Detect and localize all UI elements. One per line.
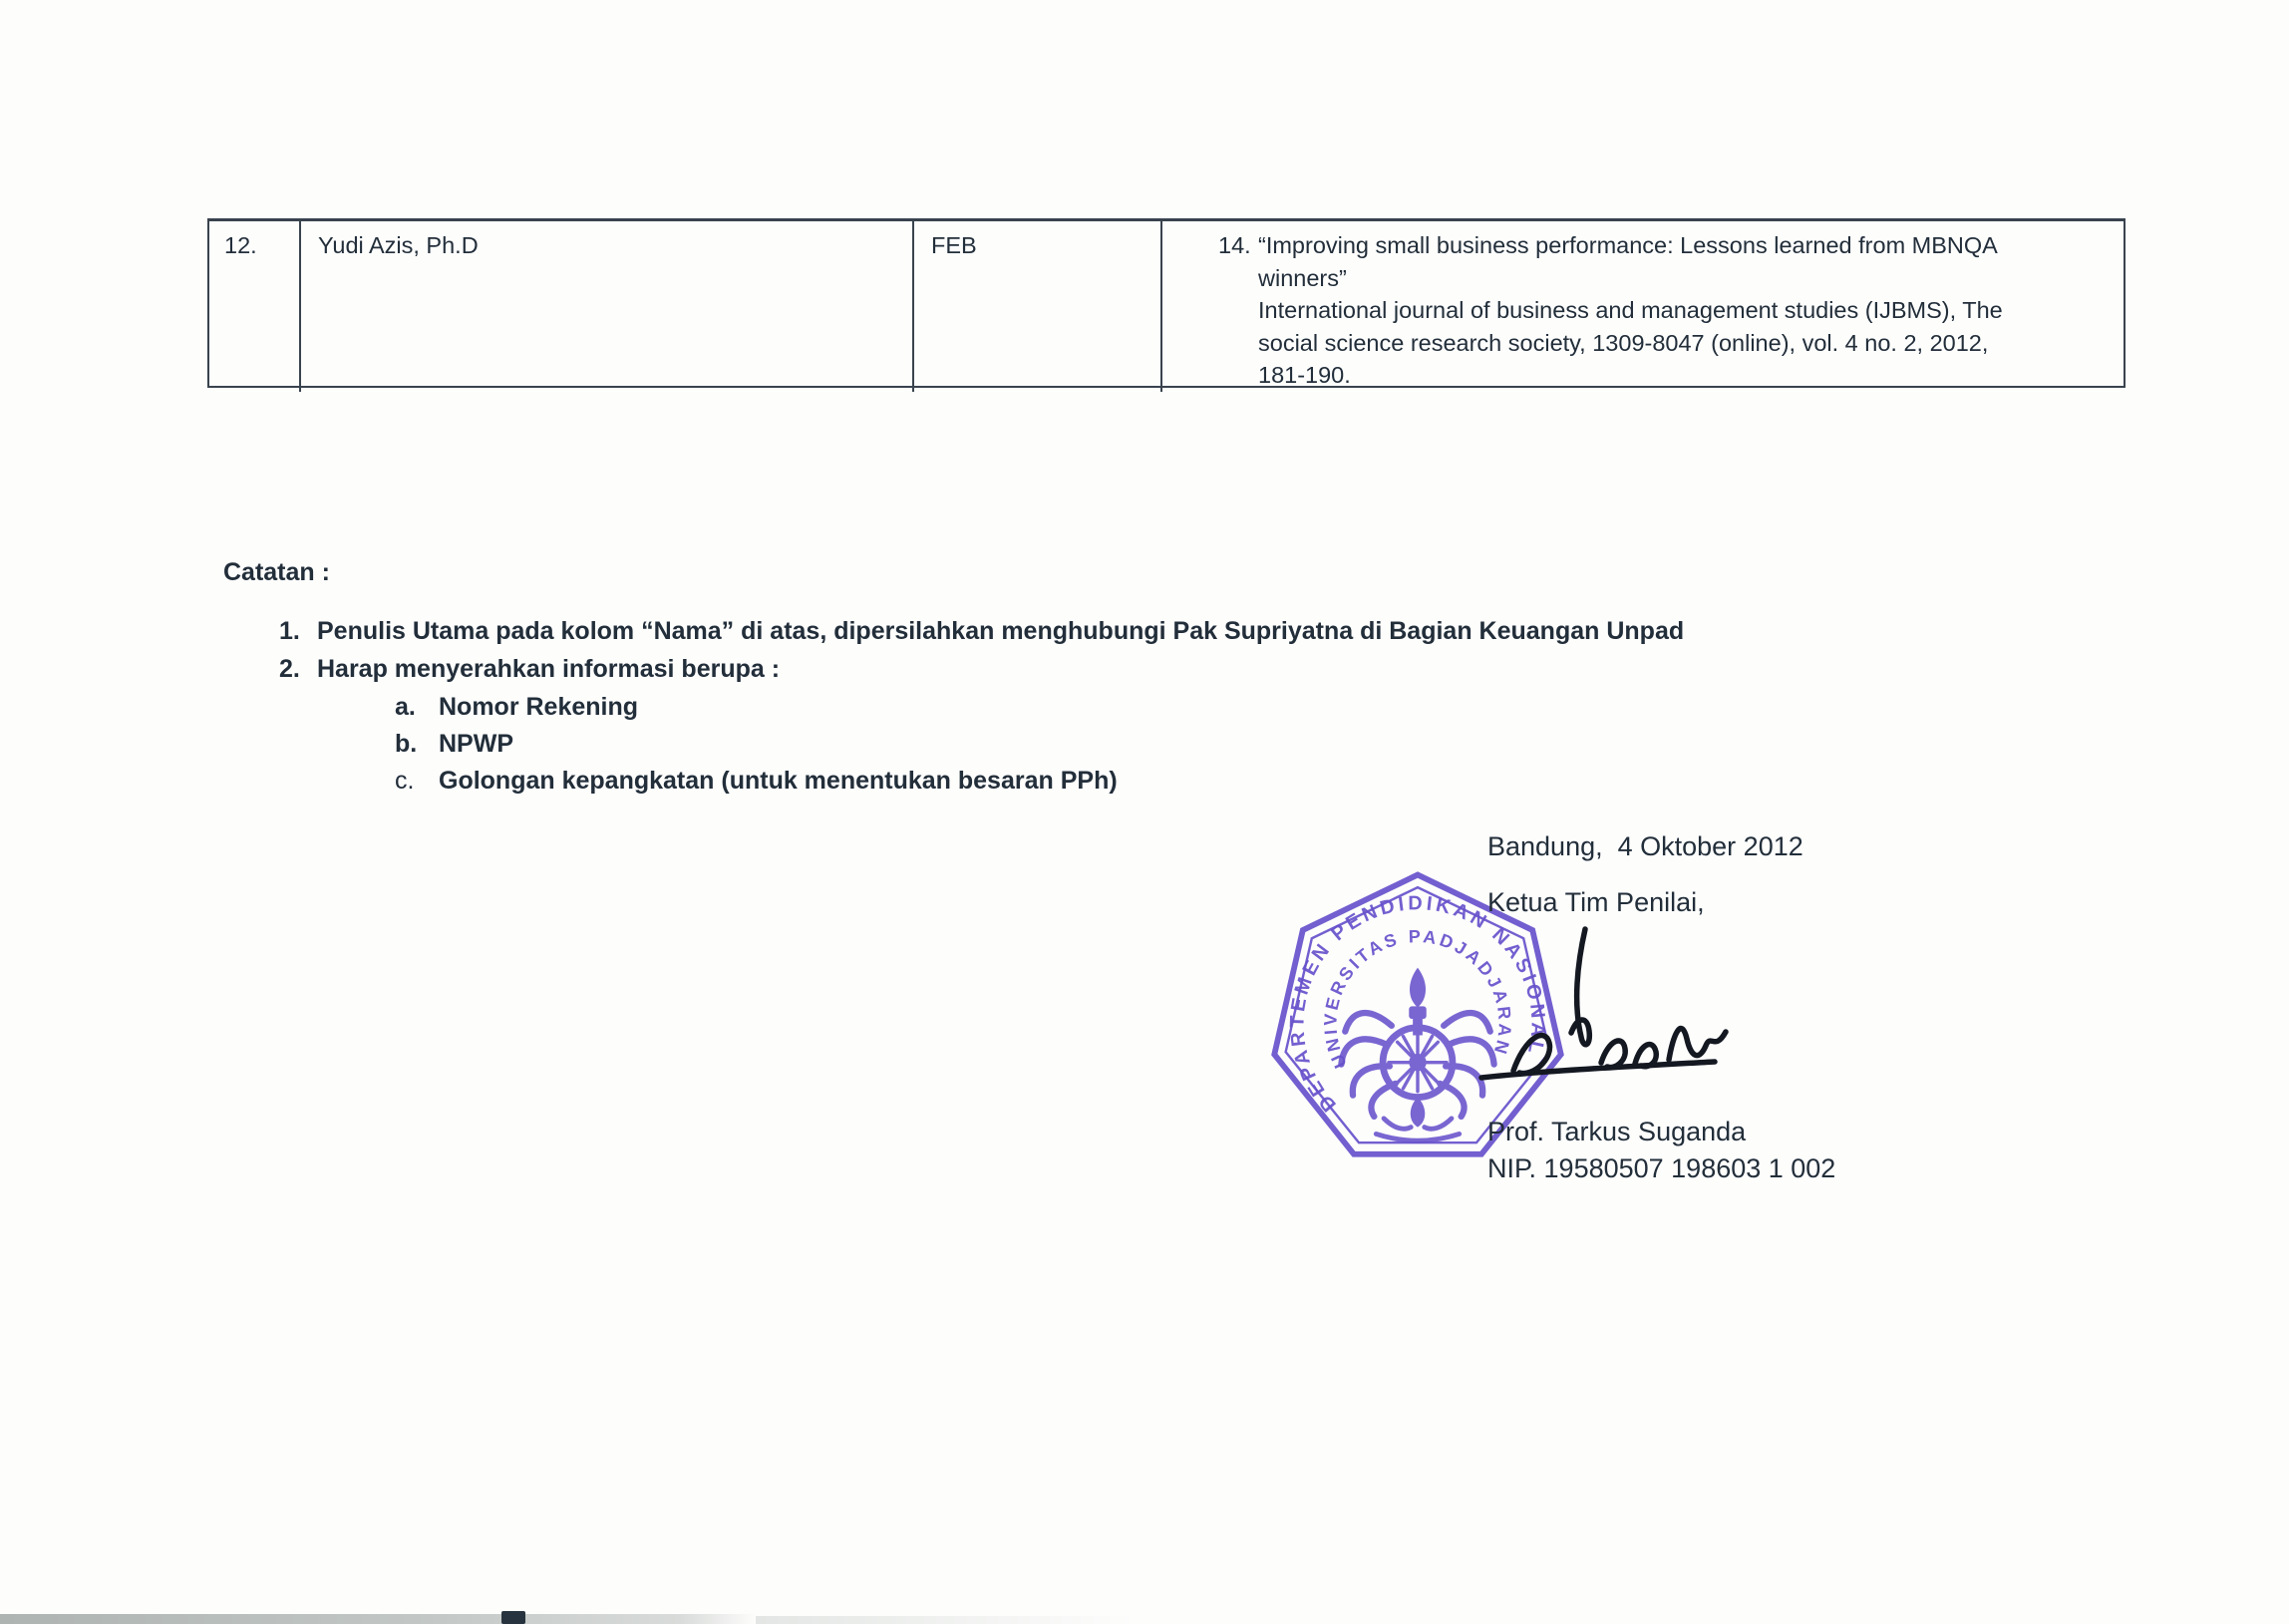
note-subitem-marker: a. [395, 691, 439, 723]
note-item-text: Harap menyerahkan informasi berupa : [317, 653, 780, 685]
signature-role: Ketua Tim Penilai, [1487, 887, 1705, 918]
signature-place-date: Bandung, 4 Oktober 2012 [1487, 831, 1803, 862]
publication-detail-line: 181-190. [1258, 359, 2068, 392]
note-subitem-text: Nomor Rekening [439, 691, 638, 723]
table-cell-faculty: FEB [912, 221, 1160, 392]
scanned-document-page: 12. Yudi Azis, Ph.D FEB 14. “Improving s… [0, 0, 2289, 1624]
publications-table: 12. Yudi Azis, Ph.D FEB 14. “Improving s… [207, 218, 2125, 388]
note-subitem: c. Golongan kepangkatan (untuk menentuka… [395, 765, 1118, 797]
note-item: 2. Harap menyerahkan informasi berupa : [279, 653, 780, 685]
table-cell-name: Yudi Azis, Ph.D [299, 221, 912, 392]
author-name: Yudi Azis, Ph.D [318, 232, 479, 258]
signatory-nip: NIP. 19580507 198603 1 002 [1487, 1153, 1835, 1184]
note-subitem-marker: c. [395, 765, 439, 797]
handwritten-signature [1473, 919, 1733, 1091]
note-subitem: a. Nomor Rekening [395, 691, 638, 723]
table-cell-number: 12. [209, 221, 299, 392]
publication-detail-line: International journal of business and ma… [1258, 294, 2068, 327]
row-number: 12. [224, 232, 257, 258]
scan-artifact-blob [501, 1611, 525, 1624]
note-subitem-text: NPWP [439, 728, 513, 760]
note-subitem-marker: b. [395, 728, 439, 760]
faculty-code: FEB [931, 232, 977, 258]
publication-title-line: “Improving small business performance: L… [1258, 229, 2068, 262]
note-item: 1. Penulis Utama pada kolom “Nama” di at… [279, 615, 1684, 647]
note-item-marker: 1. [279, 615, 317, 647]
notes-heading: Catatan : [223, 558, 330, 587]
publication-entry: “Improving small business performance: L… [1258, 229, 2068, 392]
scan-artifact-strip [0, 1614, 756, 1624]
table-cell-publication: 14. “Improving small business performanc… [1160, 221, 2124, 392]
note-subitem: b. NPWP [395, 728, 513, 760]
publication-number: 14. [1218, 229, 1258, 262]
note-item-text: Penulis Utama pada kolom “Nama” di atas,… [317, 615, 1684, 647]
signatory-name: Prof. Tarkus Suganda [1487, 1117, 1746, 1147]
stamp-emblem [1341, 968, 1493, 1141]
note-item-marker: 2. [279, 653, 317, 685]
note-subitem-text: Golongan kepangkatan (untuk menentukan b… [439, 765, 1118, 797]
publication-title-line: winners” [1258, 262, 2068, 295]
scan-artifact-strip [756, 1616, 1135, 1624]
publication-detail-line: social science research society, 1309-80… [1258, 327, 2068, 360]
